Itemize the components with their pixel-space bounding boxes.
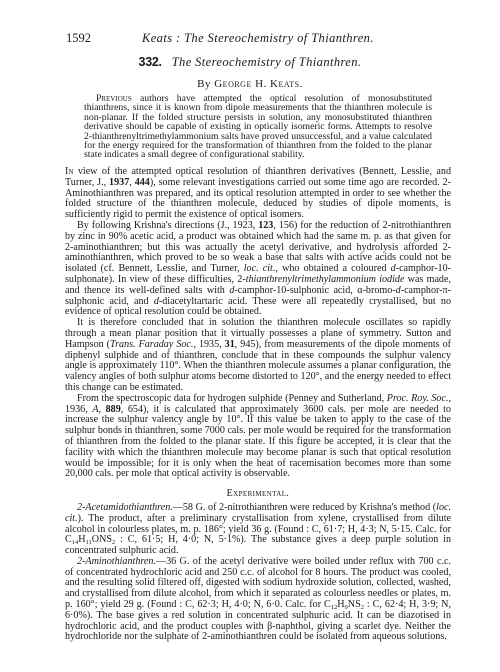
text: —58 G. of 2-nitrothianthren were reduced… xyxy=(173,502,436,513)
compound-heading: 2-Acetamidothianthren. xyxy=(77,502,173,513)
byline: By George H. Keats. xyxy=(0,78,500,90)
text: , xyxy=(98,404,105,415)
author-name: George H. Keats. xyxy=(214,78,303,90)
text: , 654), it is calculated that approximat… xyxy=(65,404,451,480)
journal-name: Trans. Faraday Soc. xyxy=(110,339,193,350)
paragraph-acetamido: 2-Acetamidothianthren.—58 G. of 2-nitrot… xyxy=(65,503,451,557)
text: H xyxy=(78,534,85,545)
text: -camphor-10-sulphonic acid, α-bromo- xyxy=(234,285,395,296)
paragraph-conclusion: It is therefore concluded that in soluti… xyxy=(65,318,451,394)
page-number: 1592 xyxy=(66,31,91,46)
paragraph-amino: 2-Aminothianthren.—36 G. of the acetyl d… xyxy=(65,557,451,643)
abstract-text: authors have attempted the optical resol… xyxy=(84,93,432,160)
article-title-text: The Stereochemistry of Thianthren. xyxy=(172,55,362,69)
text: H xyxy=(337,599,344,610)
journal-name: Proc. Roy. Soc. xyxy=(387,393,449,404)
loc-cit: loc. cit. xyxy=(244,263,276,274)
byline-prefix: By xyxy=(197,78,214,90)
text: By following Krishna's directions (J., 1… xyxy=(77,220,258,231)
compound-heading: 2-Aminothianthren. xyxy=(77,556,156,567)
citation-page: 444 xyxy=(135,177,150,188)
citation-volume: 123 xyxy=(258,220,273,231)
running-title: Keats : The Stereochemistry of Thianthre… xyxy=(142,31,374,46)
section-heading-experimental: Experimental. xyxy=(65,489,451,500)
citation-volume: 31 xyxy=(225,339,235,350)
article-title: 332.The Stereochemistry of Thianthren. xyxy=(0,55,500,70)
journal-page: 1592 Keats : The Stereochemistry of Thia… xyxy=(0,0,500,672)
text: NS xyxy=(348,599,361,610)
text: : C, 61·5; H, 4·0; N, 5·1%). The substan… xyxy=(65,534,451,556)
abstract: Previous authors have attempted the opti… xyxy=(84,94,432,160)
text: , who obtained a coloured xyxy=(275,263,390,274)
running-head: 1592 Keats : The Stereochemistry of Thia… xyxy=(66,31,366,45)
paragraph-intro: In view of the attempted optical resolut… xyxy=(65,167,451,221)
article-number: 332. xyxy=(139,55,162,69)
paragraph-krishna: By following Krishna's directions (J., 1… xyxy=(65,221,451,318)
paragraph-spectroscopic: From the spectroscopic data for hydrogen… xyxy=(65,394,451,480)
text: ONS xyxy=(92,534,112,545)
compound-name: thianthrenyltrimethylammonium iodide xyxy=(246,274,405,285)
article-body: In view of the attempted optical resolut… xyxy=(65,167,451,643)
text: From the spectroscopic data for hydrogen… xyxy=(77,393,387,404)
citation-year: 1937 xyxy=(109,177,129,188)
text: , 1935, xyxy=(193,339,224,350)
citation-volume: 889 xyxy=(106,404,121,415)
